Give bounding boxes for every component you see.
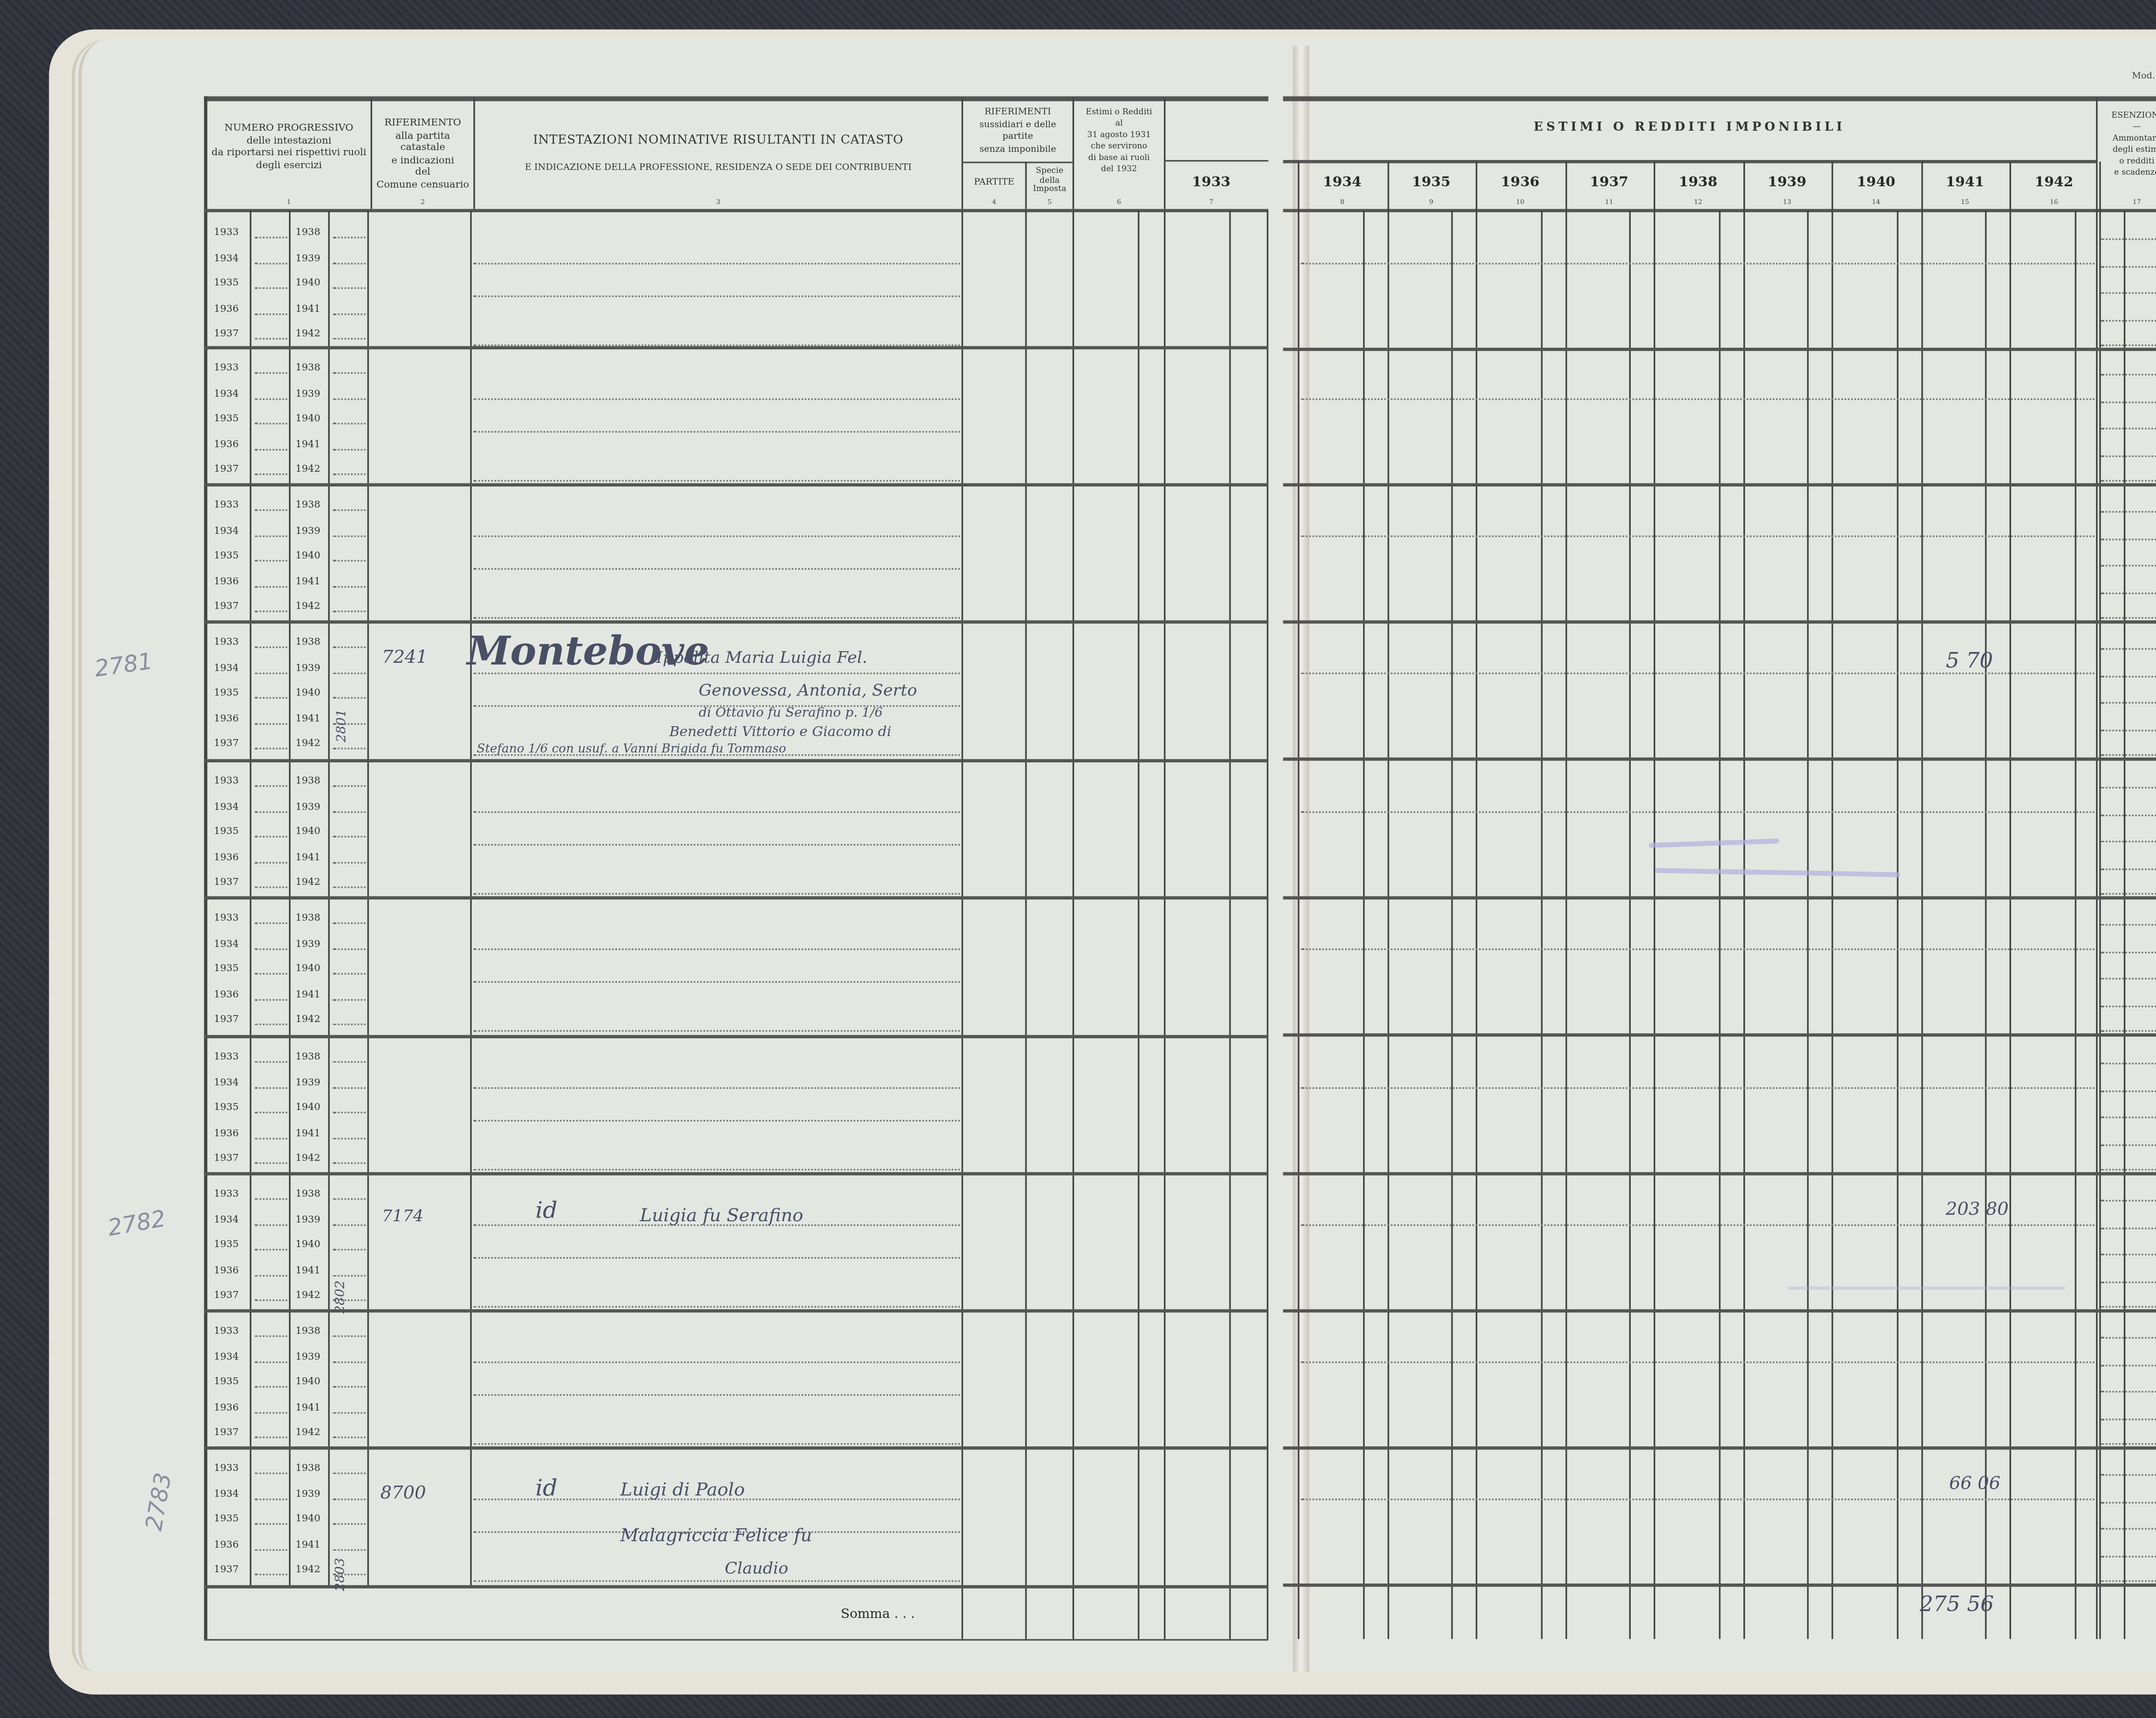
- dotted-line: [333, 1162, 366, 1164]
- dotted-line: [255, 535, 288, 536]
- year-label: 1933: [214, 1188, 239, 1200]
- year-header-1935: 1935: [1387, 175, 1476, 191]
- col7-sub-rule: [1164, 160, 1268, 162]
- grid-line: [1629, 210, 1631, 1639]
- year-label: 1941: [295, 575, 320, 587]
- name-row-line: [473, 296, 960, 298]
- right-block-rule: [1283, 758, 2156, 761]
- dotted-line: [333, 1024, 366, 1025]
- year-label: 1941: [295, 303, 320, 314]
- col6-number: 6: [1074, 198, 1164, 206]
- year-label: 1936: [214, 438, 239, 449]
- dotted-line: [333, 1436, 366, 1438]
- esenzioni-sub-1: —: [2098, 122, 2156, 134]
- dotted-line: [333, 560, 366, 561]
- dotted-line: [255, 509, 288, 511]
- dotted-line: [255, 1086, 288, 1088]
- year-label: 1939: [295, 1214, 320, 1226]
- dotted-line: [255, 372, 288, 374]
- year-label: 1934: [214, 938, 239, 949]
- year-label: 1938: [295, 1463, 320, 1474]
- value-1941-block8: 203 80: [1946, 1198, 2009, 1220]
- dotted-line: [333, 1549, 366, 1550]
- year-label: 1939: [295, 1077, 320, 1088]
- grid-line: [2009, 162, 2011, 1639]
- dotted-line: [255, 697, 288, 699]
- year-label: 1941: [295, 712, 320, 724]
- year-label: 1937: [214, 601, 239, 612]
- col6-line-5: di base ai ruoli: [1074, 154, 1164, 165]
- esenzioni-row-line: [2101, 814, 2156, 816]
- year-label: 1936: [214, 575, 239, 587]
- dotted-line: [255, 287, 288, 289]
- col2-header: RIFERIMENTO alla partita catastale e ind…: [372, 118, 473, 191]
- grid-line: [1896, 210, 1898, 1639]
- name-row-line: [473, 398, 960, 400]
- esenzioni-row-line: [2101, 1392, 2156, 1393]
- dotted-line: [333, 1411, 366, 1413]
- year-label: 1939: [295, 662, 320, 673]
- col5-line-1: Specie: [1027, 168, 1072, 177]
- esenzioni-row-line: [2101, 1337, 2156, 1339]
- year-label: 1937: [214, 1427, 239, 1438]
- esenzioni-row-line: [2101, 1419, 2156, 1420]
- year-label: 1933: [214, 912, 239, 924]
- year-label: 1940: [295, 1102, 320, 1113]
- esenzioni-row-line: [2101, 373, 2156, 375]
- esenzioni-row-line: [2101, 1144, 2156, 1146]
- year-label: 1942: [295, 877, 320, 888]
- year-label: 1939: [295, 252, 320, 263]
- name-row-line: [473, 1031, 960, 1032]
- year-label: 1940: [295, 1513, 320, 1525]
- year-label: 1936: [214, 712, 239, 724]
- estimate-row-line: [1301, 398, 2094, 400]
- esenzioni-sub-5: e scadenze: [2098, 168, 2156, 179]
- left-page: [72, 39, 1310, 1672]
- name-row-line: [473, 618, 960, 619]
- entry-line: Luigi di Paolo: [620, 1479, 745, 1500]
- dotted-line: [333, 973, 366, 975]
- year-col-number: 11: [1565, 198, 1654, 206]
- year-label: 1941: [295, 438, 320, 449]
- year-label: 1942: [295, 1014, 320, 1025]
- grid-line: [1742, 162, 1744, 1639]
- grid-line: [1807, 210, 1809, 1639]
- year-label: 1933: [214, 775, 239, 787]
- dotted-line: [255, 423, 288, 424]
- year-label: 1942: [295, 738, 320, 749]
- year-label: 1934: [214, 252, 239, 263]
- body-sep-l: [1267, 210, 1269, 1639]
- dotted-line: [333, 1249, 366, 1251]
- col7-number: 7: [1166, 198, 1257, 206]
- esenzioni-row-line: [2101, 1227, 2156, 1229]
- value-1941-block4: 5 70: [1946, 650, 1993, 674]
- year-label: 1941: [295, 1127, 320, 1139]
- year-label: 1934: [214, 525, 239, 536]
- year-label: 1938: [295, 1326, 320, 1337]
- dotted-line: [333, 237, 366, 238]
- year-label: 1934: [214, 1351, 239, 1363]
- year-label: 1934: [214, 1214, 239, 1226]
- year-header-1938: 1938: [1654, 175, 1742, 191]
- dotted-line: [255, 1198, 288, 1200]
- year-label: 1933: [214, 636, 239, 648]
- esenzioni-row-line: [2101, 1529, 2156, 1530]
- esenzioni-row-line: [2101, 428, 2156, 430]
- block-rule-10: [204, 1585, 1268, 1589]
- esenzioni-row-line: [2101, 565, 2156, 567]
- dotted-line: [255, 473, 288, 475]
- esenzioni-row-line: [2101, 648, 2156, 649]
- dotted-line: [255, 611, 288, 612]
- esenzioni-row-line: [2101, 293, 2156, 295]
- esenzioni-row-line: [2101, 238, 2156, 240]
- year-label: 1941: [295, 1539, 320, 1550]
- dotted-line: [255, 1223, 288, 1225]
- year-label: 1934: [214, 801, 239, 812]
- col3-title: INTESTAZIONI NOMINATIVE RISULTANTI IN CA…: [475, 134, 962, 146]
- dotted-line: [255, 922, 288, 924]
- year-header-1939: 1939: [1742, 175, 1831, 191]
- year-label: 1942: [295, 1153, 320, 1164]
- block-rule-8: [204, 1309, 1268, 1313]
- col2-number: 2: [372, 198, 473, 206]
- name-row-line: [473, 431, 960, 433]
- dotted-line: [255, 448, 288, 450]
- dotted-line: [255, 1336, 288, 1337]
- dotted-line: [255, 1386, 288, 1388]
- dotted-line: [255, 338, 288, 340]
- dotted-line: [255, 1274, 288, 1276]
- grid-line: [2099, 162, 2100, 1639]
- partita-8700: 8700: [380, 1482, 426, 1503]
- year-label: 1938: [295, 636, 320, 648]
- esenzioni-row-line: [2101, 1307, 2156, 1308]
- dotted-line: [255, 672, 288, 674]
- year-header-1941: 1941: [1921, 175, 2009, 191]
- dotted-line: [255, 748, 288, 749]
- esenzioni-row-line: [2101, 1581, 2156, 1583]
- dotted-line: [333, 861, 366, 863]
- year-label: 1934: [214, 388, 239, 399]
- dotted-line: [255, 1549, 288, 1550]
- esenzioni-title: ESENZIONI: [2098, 111, 2156, 122]
- block-rule-9: [204, 1446, 1268, 1450]
- grid-line: [2074, 210, 2076, 1639]
- rif-title: RIFERIMENTI: [963, 108, 1073, 120]
- year-label: 1933: [214, 227, 239, 238]
- year-label: 1940: [295, 413, 320, 424]
- year-label: 1939: [295, 1351, 320, 1363]
- entry-line: Benedetti Vittorio e Giacomo di: [669, 725, 891, 741]
- esenzioni-row-line: [2101, 618, 2156, 619]
- dotted-line: [333, 1473, 366, 1474]
- violet-scribble: [1787, 1286, 2065, 1290]
- esenzioni-row-line: [2101, 893, 2156, 895]
- year-label: 1938: [295, 499, 320, 511]
- top-rule: [204, 96, 1268, 101]
- right-block-rule: [1283, 1583, 2156, 1587]
- dotted-line: [333, 585, 366, 587]
- year-label: 1935: [214, 413, 239, 424]
- year-label: 1938: [295, 227, 320, 238]
- col1-title: NUMERO PROGRESSIVO: [207, 122, 371, 135]
- year-label: 1935: [214, 963, 239, 975]
- year-label: 1940: [295, 1239, 320, 1250]
- year-label: 1940: [295, 1376, 320, 1387]
- dotted-line: [333, 372, 366, 374]
- dotted-line: [333, 398, 366, 399]
- dotted-line: [333, 948, 366, 950]
- esenzioni-row-line: [2101, 511, 2156, 512]
- block-rule-4: [204, 759, 1268, 762]
- year-label: 1934: [214, 1488, 239, 1500]
- year-label: 1934: [214, 662, 239, 673]
- estimate-row-line: [1301, 1361, 2094, 1363]
- body-sep-j: [1164, 210, 1166, 1639]
- dotted-line: [333, 922, 366, 924]
- year-label: 1937: [214, 1564, 239, 1576]
- col5-title: Specie della Imposta: [1027, 168, 1072, 195]
- esenzioni-header: ESENZIONI — Ammontare degli estimi o red…: [2098, 111, 2156, 179]
- year-label: 1940: [295, 550, 320, 562]
- col6-line-6: del 1932: [1074, 165, 1164, 176]
- dotted-line: [333, 1223, 366, 1225]
- year-label: 1936: [214, 1127, 239, 1139]
- rif-header: RIFERIMENTI sussidiari e delle partite s…: [963, 108, 1073, 157]
- year-label: 1939: [295, 525, 320, 536]
- name-row-line: [473, 1444, 960, 1445]
- dotted-line: [255, 1162, 288, 1164]
- year-col-number: 9: [1387, 198, 1476, 206]
- year-col-number: 13: [1742, 198, 1831, 206]
- col5-line-3: Imposta: [1027, 186, 1072, 195]
- dotted-line: [333, 1112, 366, 1113]
- grid-line: [1718, 210, 1720, 1639]
- scan-background: Mod. 111 - Imposte Dirette (Intercalare)…: [0, 0, 2156, 1718]
- name-row-line: [473, 948, 960, 950]
- esenzioni-row-line: [2101, 1006, 2156, 1008]
- esenzioni-row-line: [2101, 1200, 2156, 1201]
- dotted-line: [255, 585, 288, 587]
- right-block-rule: [1283, 1033, 2156, 1037]
- name-row-line: [473, 981, 960, 983]
- year-label: 1938: [295, 362, 320, 373]
- dotted-line: [333, 1498, 366, 1499]
- dotted-line: [333, 748, 366, 749]
- esenzioni-row-line: [2101, 1474, 2156, 1476]
- dotted-line: [333, 509, 366, 511]
- esenzioni-row-line: [2101, 869, 2156, 871]
- partita-7241: 7241: [382, 646, 428, 668]
- grid-line: [1921, 162, 1922, 1639]
- year-label: 1940: [295, 687, 320, 699]
- year-label: 1938: [295, 912, 320, 924]
- right-block-rule: [1283, 483, 2156, 487]
- esenzioni-row-line: [2101, 1063, 2156, 1064]
- name-row-line: [473, 893, 960, 895]
- year-col-number: 12: [1654, 198, 1742, 206]
- esenzioni-row-line: [2101, 538, 2156, 540]
- col4-title: PARTITE: [963, 178, 1025, 190]
- year-label: 1940: [295, 826, 320, 837]
- dotted-line: [333, 1361, 366, 1362]
- esenzioni-row-line: [2101, 841, 2156, 843]
- dotted-line: [333, 287, 366, 289]
- grid-line: [1298, 162, 1300, 1639]
- year-col-number: 15: [1921, 198, 2009, 206]
- year-label: 1935: [214, 1513, 239, 1525]
- dotted-line: [333, 262, 366, 264]
- dotted-line: [255, 1299, 288, 1301]
- dotted-line: [333, 535, 366, 536]
- dotted-line: [333, 423, 366, 424]
- col1-sub-1: delle intestazioni: [207, 135, 371, 147]
- ref-2801: 2801: [334, 709, 349, 742]
- col2-sub-2: e indicazioni: [372, 154, 473, 166]
- col2-sub-3: del: [372, 166, 473, 179]
- dotted-line: [333, 998, 366, 1000]
- dotted-line: [333, 611, 366, 612]
- block-rule-2: [204, 483, 1268, 487]
- year-label: 1942: [295, 464, 320, 475]
- esenzioni-sub-3: degli estimi: [2098, 145, 2156, 157]
- dotted-line: [333, 836, 366, 837]
- estimate-row-line: [1301, 811, 2094, 813]
- dotted-line: [333, 1386, 366, 1388]
- col7-year-1933: 1933: [1166, 175, 1257, 191]
- dotted-line: [255, 1498, 288, 1499]
- left-border: [204, 96, 207, 1639]
- right-page: [1299, 39, 2156, 1672]
- year-header-1936: 1936: [1476, 175, 1564, 191]
- year-label: 1935: [214, 1102, 239, 1113]
- esenzioni-row-line: [2101, 345, 2156, 347]
- block-rule-6: [204, 1035, 1268, 1038]
- ref-2803: 2803: [332, 1558, 347, 1591]
- hdr-sep-5: [1164, 98, 1166, 209]
- year-label: 1936: [214, 988, 239, 1000]
- grid-line: [1540, 210, 1542, 1639]
- dotted-line: [333, 672, 366, 674]
- dotted-line: [255, 1361, 288, 1362]
- year-label: 1938: [295, 775, 320, 787]
- estimate-row-line: [1301, 1499, 2094, 1500]
- dotted-line: [255, 1574, 288, 1575]
- esenzioni-number: 17: [2098, 198, 2156, 206]
- year-label: 1937: [214, 464, 239, 475]
- right-block-rule: [1283, 621, 2156, 624]
- dotted-line: [333, 1336, 366, 1337]
- name-row-line: [473, 1361, 960, 1363]
- header-bottom-rule: [204, 209, 1268, 213]
- esenzioni-row-line: [2101, 1117, 2156, 1119]
- esenzioni-row-line: [2101, 456, 2156, 458]
- esenzioni-row-line: [2101, 675, 2156, 677]
- ref-2802: 2802: [332, 1280, 347, 1314]
- col6-line-1: Estimi o Redditi: [1074, 108, 1164, 119]
- name-row-line: [473, 480, 960, 482]
- entry-line: Genovessa, Antonia, Serto: [699, 682, 917, 700]
- body-sep-k: [1229, 210, 1231, 1639]
- esenzioni-row-line: [2101, 1282, 2156, 1283]
- year-label: 1938: [295, 1051, 320, 1063]
- esenzioni-row-line: [2101, 730, 2156, 732]
- year-header-1942: 1942: [2009, 175, 2098, 191]
- year-col-number: 16: [2009, 198, 2098, 206]
- esenzioni-row-line: [2101, 951, 2156, 953]
- section-title: ESTIMI O REDDITI IMPONIBILI: [1283, 121, 2096, 133]
- body-sep-f: [962, 210, 963, 1639]
- year-label: 1933: [214, 499, 239, 511]
- esenzioni-row-line: [2101, 320, 2156, 322]
- esenzioni-row-line: [2101, 755, 2156, 756]
- name-row-line: [473, 568, 960, 570]
- dotted-line: [255, 1523, 288, 1525]
- dotted-line: [255, 861, 288, 863]
- col3-subtitle: E INDICAZIONE DELLA PROFESSIONE, RESIDEN…: [475, 163, 962, 176]
- somma-label: Somma . . .: [841, 1606, 915, 1621]
- year-label: 1936: [214, 1539, 239, 1550]
- col1-sub-2: da riportarsi nei rispettivi ruoli: [207, 147, 371, 159]
- dotted-line: [255, 1436, 288, 1438]
- entry-line: di Ottavio fu Serafino p. 1/6: [699, 705, 883, 720]
- year-col-number: 14: [1832, 198, 1921, 206]
- dotted-line: [333, 338, 366, 340]
- esenzioni-row-line: [2101, 702, 2156, 704]
- rif-sub-2: senza imponibile: [963, 144, 1073, 157]
- dotted-line: [255, 785, 288, 787]
- year-label: 1937: [214, 1153, 239, 1164]
- entry-line: Ippolita Maria Luigia Fel.: [656, 650, 868, 668]
- col5-number: 5: [1027, 198, 1072, 206]
- year-label: 1939: [295, 1488, 320, 1500]
- estimate-row-line: [1301, 1087, 2094, 1089]
- dotted-line: [333, 697, 366, 699]
- name-row-line: [473, 844, 960, 846]
- block-rule-3: [204, 621, 1268, 624]
- col1-sub-3: degli esercizi: [207, 159, 371, 171]
- grid-line: [1832, 162, 1833, 1639]
- year-label: 1942: [295, 328, 320, 339]
- year-label: 1933: [214, 1051, 239, 1063]
- name-row-line: [473, 1120, 960, 1122]
- value-1941-block10: 66 06: [1949, 1473, 2000, 1494]
- name-row-line: [473, 1087, 960, 1089]
- year-label: 1936: [214, 851, 239, 863]
- dotted-line: [255, 262, 288, 264]
- year-label: 1942: [295, 1564, 320, 1576]
- grid-line: [1654, 162, 1655, 1639]
- dotted-line: [255, 1249, 288, 1251]
- dotted-line: [255, 973, 288, 975]
- dotted-line: [255, 1112, 288, 1113]
- right-top-rule: [1283, 96, 2156, 101]
- name-row-line: [473, 1394, 960, 1396]
- dotted-line: [255, 1473, 288, 1474]
- col6-line-4: che servirono: [1074, 142, 1164, 153]
- col2-sub-4: Comune censuario: [372, 179, 473, 191]
- year-label: 1941: [295, 988, 320, 1000]
- right-block-rule: [1283, 1309, 2156, 1313]
- esenzioni-row-line: [2101, 1169, 2156, 1171]
- dotted-line: [255, 1061, 288, 1063]
- rif-sub-1: sussidiari e delle partite: [963, 120, 1073, 144]
- year-label: 1942: [295, 1427, 320, 1438]
- dotted-line: [333, 785, 366, 787]
